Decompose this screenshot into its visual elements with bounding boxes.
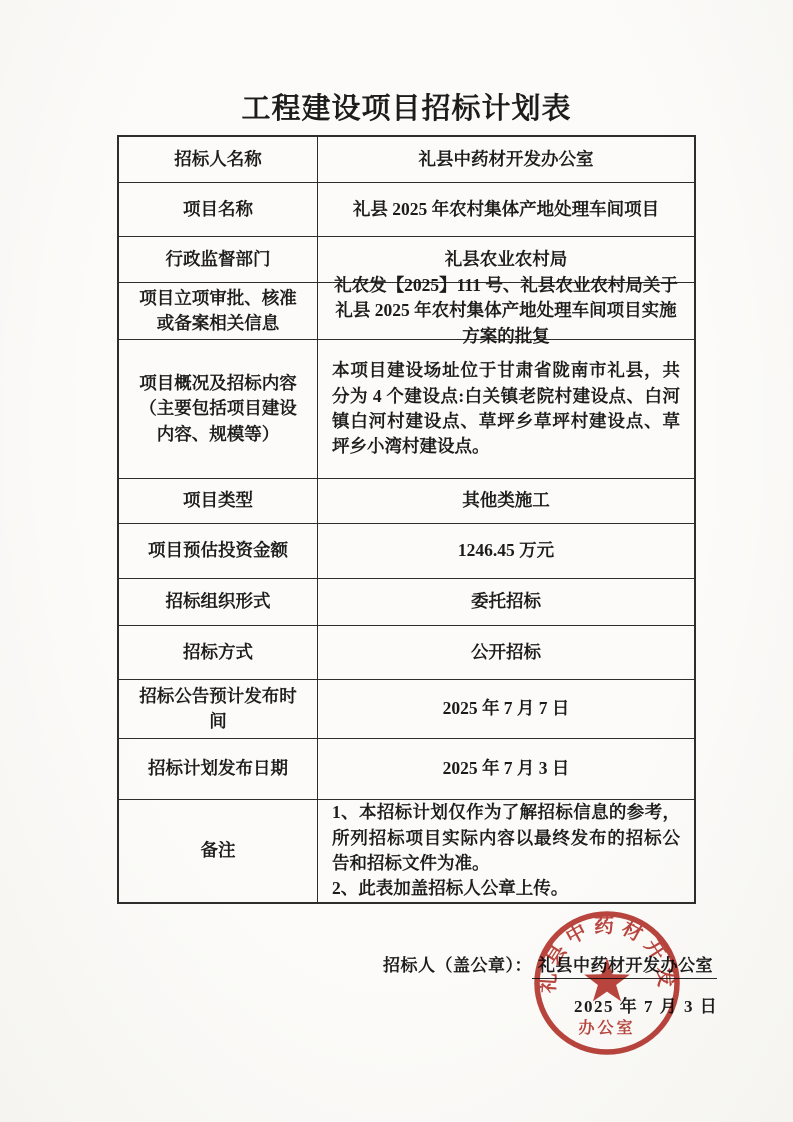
- signature-date: 2025 年 7 月 3 日: [574, 992, 718, 1017]
- table-row: 招标计划发布日期 2025 年 7 月 3 日: [119, 738, 694, 799]
- signature-label: 招标人（盖公章）：: [383, 956, 532, 975]
- row-value-text: 1、本招标计划仅作为了解招标信息的参考，所列招标项目实际内容以最终发布的招标公告…: [332, 800, 680, 902]
- seal-bottom-text: 办公室: [578, 1018, 635, 1037]
- row-value: 委托招标: [318, 579, 694, 625]
- table-row: 招标人名称 礼县中药材开发办公室: [119, 137, 694, 182]
- table-row: 备注 1、本招标计划仅作为了解招标信息的参考，所列招标项目实际内容以最终发布的招…: [119, 799, 694, 902]
- signature-name: 礼县中药材开发办公室: [532, 951, 717, 979]
- row-value: 2025 年 7 月 3 日: [318, 739, 694, 799]
- row-label: 行政监督部门: [119, 237, 318, 282]
- row-value: 2025 年 7 月 7 日: [318, 680, 694, 738]
- row-value-text: 本项目建设场址位于甘肃省陇南市礼县，共分为 4 个建设点:白关镇老院村建设点、白…: [332, 358, 680, 460]
- table-row: 项目立项审批、核准或备案相关信息 礼农发【2025】111 号、礼县农业农村局关…: [119, 282, 694, 339]
- row-value: 礼县 2025 年农村集体产地处理车间项目: [318, 183, 694, 236]
- row-label: 招标计划发布日期: [119, 739, 318, 799]
- tender-plan-table: 招标人名称 礼县中药材开发办公室 项目名称 礼县 2025 年农村集体产地处理车…: [117, 135, 696, 904]
- row-label: 招标组织形式: [119, 579, 318, 625]
- row-value: 公开招标: [318, 626, 694, 679]
- row-value: 本项目建设场址位于甘肃省陇南市礼县，共分为 4 个建设点:白关镇老院村建设点、白…: [318, 340, 694, 478]
- table-row: 项目类型 其他类施工: [119, 478, 694, 523]
- official-seal: 礼县中药材开发 办公室: [532, 909, 682, 1059]
- row-value: 礼县中药材开发办公室: [318, 137, 694, 182]
- seal-ring: [537, 914, 677, 1052]
- table-row: 项目预估投资金额 1246.45 万元: [119, 523, 694, 578]
- row-label: 招标公告预计发布时间: [119, 680, 318, 738]
- table-row: 项目概况及招标内容（主要包括项目建设内容、规模等） 本项目建设场址位于甘肃省陇南…: [119, 339, 694, 478]
- row-value: 1、本招标计划仅作为了解招标信息的参考，所列招标项目实际内容以最终发布的招标公告…: [318, 800, 694, 902]
- row-value: 1246.45 万元: [318, 524, 694, 578]
- row-label: 项目预估投资金额: [119, 524, 318, 578]
- row-value: 其他类施工: [318, 479, 694, 523]
- row-label: 项目立项审批、核准或备案相关信息: [119, 283, 318, 339]
- signature-line: 招标人（盖公章）：礼县中药材开发办公室: [383, 951, 717, 979]
- row-label: 招标人名称: [119, 137, 318, 182]
- document-title: 工程建设项目招标计划表: [117, 86, 696, 127]
- row-label: 项目名称: [119, 183, 318, 236]
- table-row: 招标公告预计发布时间 2025 年 7 月 7 日: [119, 679, 694, 738]
- scanned-document-page: 工程建设项目招标计划表 招标人名称 礼县中药材开发办公室 项目名称 礼县 202…: [0, 0, 793, 1122]
- table-row: 项目名称 礼县 2025 年农村集体产地处理车间项目: [119, 182, 694, 236]
- row-value: 礼农发【2025】111 号、礼县农业农村局关于礼县 2025 年农村集体产地处…: [318, 283, 694, 339]
- row-label: 备注: [119, 800, 318, 902]
- row-label: 招标方式: [119, 626, 318, 679]
- row-label: 项目类型: [119, 479, 318, 523]
- table-row: 招标组织形式 委托招标: [119, 578, 694, 625]
- row-label: 项目概况及招标内容（主要包括项目建设内容、规模等）: [119, 340, 318, 478]
- table-row: 招标方式 公开招标: [119, 625, 694, 679]
